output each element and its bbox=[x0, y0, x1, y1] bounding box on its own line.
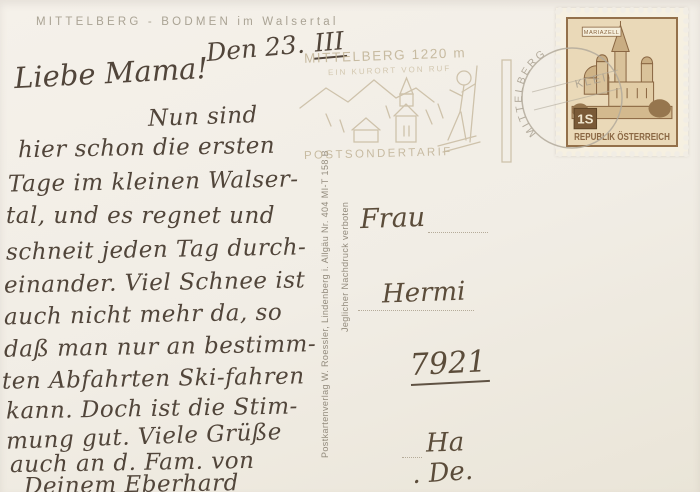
message-line: ten Abfahrten Ski-fahren bbox=[2, 363, 305, 394]
address-city-fragment: Ha bbox=[425, 427, 464, 458]
address-dotted-line bbox=[402, 456, 422, 458]
message-line: auch nicht mehr da, so bbox=[4, 300, 283, 331]
message-line: einander. Viel Schnee ist bbox=[4, 267, 306, 298]
address-name: Hermi bbox=[382, 277, 466, 310]
svg-text:MITTELBERG: MITTELBERG bbox=[513, 47, 549, 140]
circular-postmark: MITTELBERG KLEI bbox=[506, 32, 638, 164]
salutation: Liebe Mama! bbox=[13, 51, 209, 95]
signature-line: Deinem Eberhard bbox=[24, 470, 239, 492]
date-prefix: Den 23. bbox=[205, 30, 306, 67]
message-line: schneit jeden Tag durch- bbox=[6, 234, 307, 265]
postmark-arc-text: MITTELBERG bbox=[513, 47, 549, 140]
address-postal-code: 7921 bbox=[409, 344, 490, 386]
message-line: daß man nur an bestimm- bbox=[4, 331, 317, 362]
slogan-postmark: MITTELBERG 1220 m EIN KURORT VON RUF POS… bbox=[296, 44, 526, 170]
postcard-back: MITTELBERG - BODMEN im Walsertal Den 23.… bbox=[0, 0, 700, 492]
message-line: Nun sind bbox=[148, 102, 259, 132]
address-title: Frau bbox=[359, 202, 425, 235]
address-dotted-line bbox=[428, 231, 488, 233]
stamp-perforation bbox=[556, 6, 688, 14]
address-dotted-line bbox=[358, 309, 474, 311]
message-line: tal, und es regnet und bbox=[6, 203, 275, 229]
address-street-fragment: . De. bbox=[411, 456, 474, 490]
message-line: Tage im kleinen Walser- bbox=[8, 166, 299, 197]
stamp-perforation bbox=[682, 8, 690, 156]
printed-caption: MITTELBERG - BODMEN im Walsertal bbox=[36, 16, 339, 28]
postmark-inner-text: KLEI bbox=[574, 72, 609, 91]
copyright-notice: Jeglicher Nachdruck verboten bbox=[340, 172, 350, 332]
message-line: hier schon die ersten bbox=[18, 133, 276, 163]
